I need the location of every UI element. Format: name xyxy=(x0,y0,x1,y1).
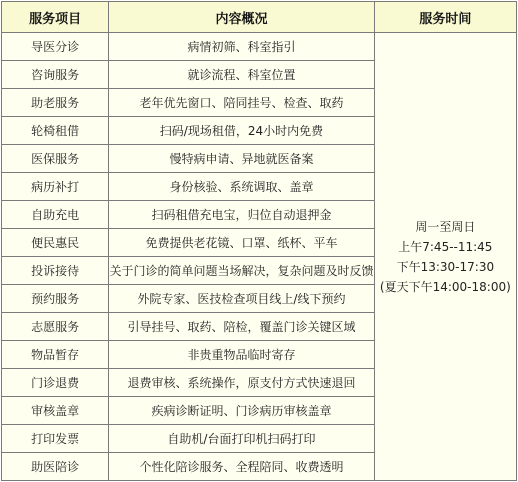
content-cell: 外院专家、医技检查项目线上/线下预约 xyxy=(109,285,375,313)
header-row: 服务项目 内容概况 服务时间 xyxy=(2,2,517,33)
service-time-days: 周一至周日 xyxy=(375,217,516,237)
header-service-item: 服务项目 xyxy=(2,2,109,33)
service-item-cell: 预约服务 xyxy=(2,285,109,313)
content-cell: 个性化陪诊服务、全程陪同、收费透明 xyxy=(109,453,375,481)
service-item-cell: 助医陪诊 xyxy=(2,453,109,481)
service-item-cell: 咨询服务 xyxy=(2,61,109,89)
service-item-cell: 助老服务 xyxy=(2,89,109,117)
service-time-summer: (夏天下午14:00-18:00) xyxy=(375,277,516,297)
content-cell: 非贵重物品临时寄存 xyxy=(109,341,375,369)
content-cell: 就诊流程、科室位置 xyxy=(109,61,375,89)
service-item-cell: 便民惠民 xyxy=(2,229,109,257)
service-item-cell: 医保服务 xyxy=(2,145,109,173)
content-cell: 扫码/现场租借，24小时内免费 xyxy=(109,117,375,145)
service-table: 服务项目 内容概况 服务时间 导医分诊 病情初筛、科室指引 周一至周日 上午7:… xyxy=(1,1,517,481)
content-cell: 关于门诊的简单问题当场解决，复杂问题及时反馈 xyxy=(109,257,375,285)
service-time-cell: 周一至周日 上午7:45--11:45 下午13:30-17:30 (夏天下午1… xyxy=(374,33,516,481)
content-cell: 身份核验、系统调取、盖章 xyxy=(109,173,375,201)
content-cell: 慢特病申请、异地就医备案 xyxy=(109,145,375,173)
table-row: 导医分诊 病情初筛、科室指引 周一至周日 上午7:45--11:45 下午13:… xyxy=(2,33,517,61)
service-item-cell: 打印发票 xyxy=(2,425,109,453)
service-item-cell: 审核盖章 xyxy=(2,397,109,425)
service-item-cell: 门诊退费 xyxy=(2,369,109,397)
service-item-cell: 自助充电 xyxy=(2,201,109,229)
header-content-overview: 内容概况 xyxy=(109,2,375,33)
service-item-cell: 导医分诊 xyxy=(2,33,109,61)
service-item-cell: 志愿服务 xyxy=(2,313,109,341)
service-item-cell: 投诉接待 xyxy=(2,257,109,285)
content-cell: 退费审核、系统操作，原支付方式快速退回 xyxy=(109,369,375,397)
content-cell: 病情初筛、科室指引 xyxy=(109,33,375,61)
header-service-time: 服务时间 xyxy=(374,2,516,33)
service-time-afternoon: 下午13:30-17:30 xyxy=(375,257,516,277)
content-cell: 扫码租借充电宝，归位自动退押金 xyxy=(109,201,375,229)
service-item-cell: 病历补打 xyxy=(2,173,109,201)
content-cell: 老年优先窗口、陪同挂号、检查、取药 xyxy=(109,89,375,117)
content-cell: 免费提供老花镜、口罩、纸杯、平车 xyxy=(109,229,375,257)
service-item-cell: 轮椅租借 xyxy=(2,117,109,145)
content-cell: 疾病诊断证明、门诊病历审核盖章 xyxy=(109,397,375,425)
service-item-cell: 物品暂存 xyxy=(2,341,109,369)
content-cell: 引导挂号、取药、陪检，覆盖门诊关键区域 xyxy=(109,313,375,341)
service-time-morning: 上午7:45--11:45 xyxy=(375,237,516,257)
content-cell: 自助机/台面打印机扫码打印 xyxy=(109,425,375,453)
